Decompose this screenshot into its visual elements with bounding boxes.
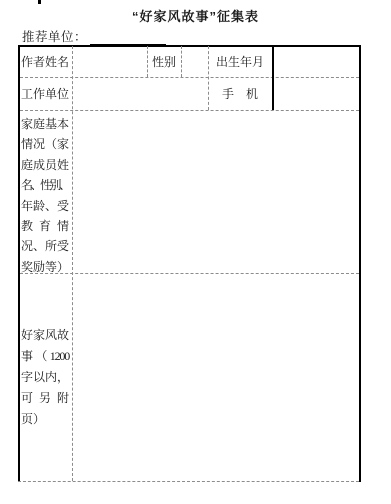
mobile-label: 手 机: [208, 77, 272, 110]
page-artifact-mark: [38, 0, 41, 4]
birth-date-label: 出生年月: [208, 45, 272, 77]
family-info-field[interactable]: [74, 112, 358, 272]
gender-label: 性别: [147, 45, 181, 77]
recommend-unit-label: 推荐单位：: [22, 27, 87, 45]
family-info-label-line: 家庭基本: [21, 114, 69, 134]
table-col-divider-label: [72, 46, 73, 481]
family-info-label: 家庭基本 情况（家 庭成员姓 名、性别、 年龄、受 教育情 况、所受 奖励等）: [21, 114, 69, 277]
table-border-right: [359, 45, 361, 482]
work-unit-label: 工作单位: [18, 77, 72, 110]
author-name-label: 作者姓名: [18, 45, 72, 77]
story-label-line: 页）: [21, 409, 69, 430]
page-title: “好家风故事”征集表: [0, 6, 391, 25]
story-label: 好家风故 事（1200 字以内， 可另附 页）: [21, 274, 69, 480]
gender-field[interactable]: [182, 47, 208, 77]
story-label-line: 字以内，: [21, 367, 69, 388]
family-info-label-line: 庭成员姓: [21, 155, 69, 175]
story-field[interactable]: [74, 275, 358, 479]
table-row-divider-2: [20, 110, 359, 111]
story-label-line: 可另附: [21, 388, 69, 409]
recommend-unit-input[interactable]: [90, 31, 166, 45]
mobile-field[interactable]: [274, 79, 359, 109]
author-name-field[interactable]: [73, 47, 147, 77]
family-info-label-line: 名、性别、: [21, 175, 69, 195]
family-info-label-line: 情况（家: [21, 134, 69, 154]
birth-date-field[interactable]: [274, 47, 359, 77]
table-border-bottom: [18, 481, 359, 482]
work-unit-field[interactable]: [73, 79, 208, 109]
table-row-divider-3: [20, 273, 359, 274]
recommend-unit-row: 推荐单位：: [22, 29, 166, 45]
family-info-label-line: 况、所受: [21, 236, 69, 256]
family-info-label-line: 年龄、受: [21, 196, 69, 216]
family-info-label-line: 教育情: [21, 216, 69, 236]
story-label-line: 事（1200: [21, 346, 69, 367]
form-page: “好家风故事”征集表 推荐单位： 作者姓名 性别 出生年月 工作单位 手 机 家…: [0, 0, 391, 504]
story-label-line: 好家风故: [21, 325, 69, 346]
